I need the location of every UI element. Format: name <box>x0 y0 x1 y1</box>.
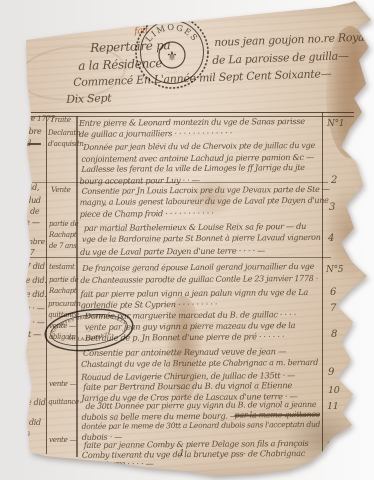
entry-act-number: 4 <box>328 234 334 244</box>
svg-text:· · · · ·: · · · · · <box>166 69 178 75</box>
entry-act-number: 7 <box>330 304 336 314</box>
stamp-city-text: LIMOGES <box>143 22 200 44</box>
scanned-document-background: faitRepertoire panous jean goujon no.re … <box>0 0 374 480</box>
stamp-band-marks: · · · · · <box>166 69 178 75</box>
entry-act-number: 12 <box>326 442 338 452</box>
paper-stain <box>8 138 26 212</box>
entry-act-number: 3 <box>329 203 335 213</box>
limoges-tax-stamp: LIMOGES ⚜ · · · · · <box>134 14 210 90</box>
entry-date: mois <box>12 430 30 438</box>
entry-act-number: N°1 <box>327 120 344 129</box>
entry-act-number: N°5 <box>326 266 343 275</box>
page-number: 1 <box>179 450 184 459</box>
entry-act-number: 6 <box>330 288 336 298</box>
manuscript-paper: faitRepertoire panous jean goujon no.re … <box>0 0 374 480</box>
entry-date: du 5e <box>10 380 31 388</box>
entry-act-number: 8 <box>331 330 337 340</box>
paper-shadow-wrapper: faitRepertoire panous jean goujon no.re … <box>0 0 374 480</box>
entry-act-number: 2 <box>349 212 354 221</box>
fleur-de-lis-icon: ⚜ <box>166 50 178 65</box>
entry-act-number: 10 <box>346 237 356 246</box>
svg-text:LIMOGES: LIMOGES <box>143 22 200 44</box>
entry-act-number: 9 <box>328 368 334 378</box>
oval-stamp-middle-marks: · — · <box>85 329 94 334</box>
entry-act-number: 10 <box>328 386 340 396</box>
entry-act-number: 2 <box>331 176 337 186</box>
entry-act-number: 11 <box>327 402 339 412</box>
